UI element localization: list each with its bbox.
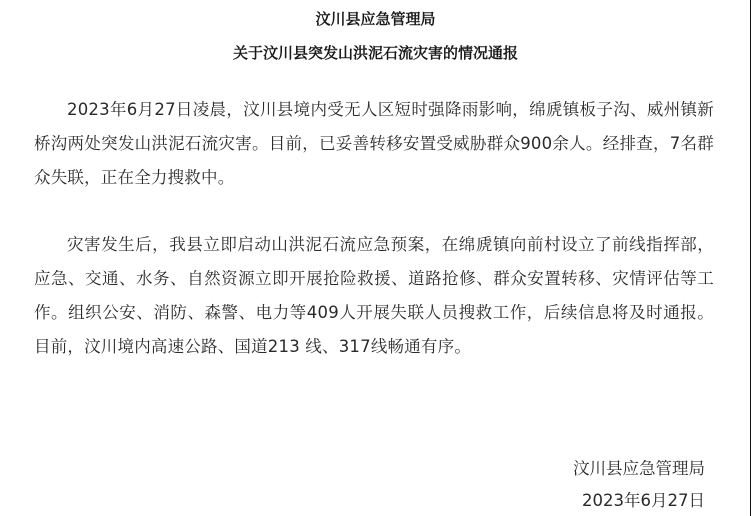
signature-date: 2023年6月27日: [582, 487, 705, 511]
signature-organization: 汶川县应急管理局: [573, 455, 705, 479]
issuing-organization-heading: 汶川县应急管理局: [0, 8, 751, 29]
paragraph-response: 灾害发生后，我县立即启动山洪泥石流应急预案，在绵虒镇向前村设立了前线指挥部，应急…: [34, 228, 714, 364]
document-title: 关于汶川县突发山洪泥石流灾害的情况通报: [0, 42, 751, 63]
paragraph-incident: 2023年6月27日凌晨，汶川县境内受无人区短时强降雨影响，绵虒镇板子沟、威州镇…: [34, 93, 714, 195]
